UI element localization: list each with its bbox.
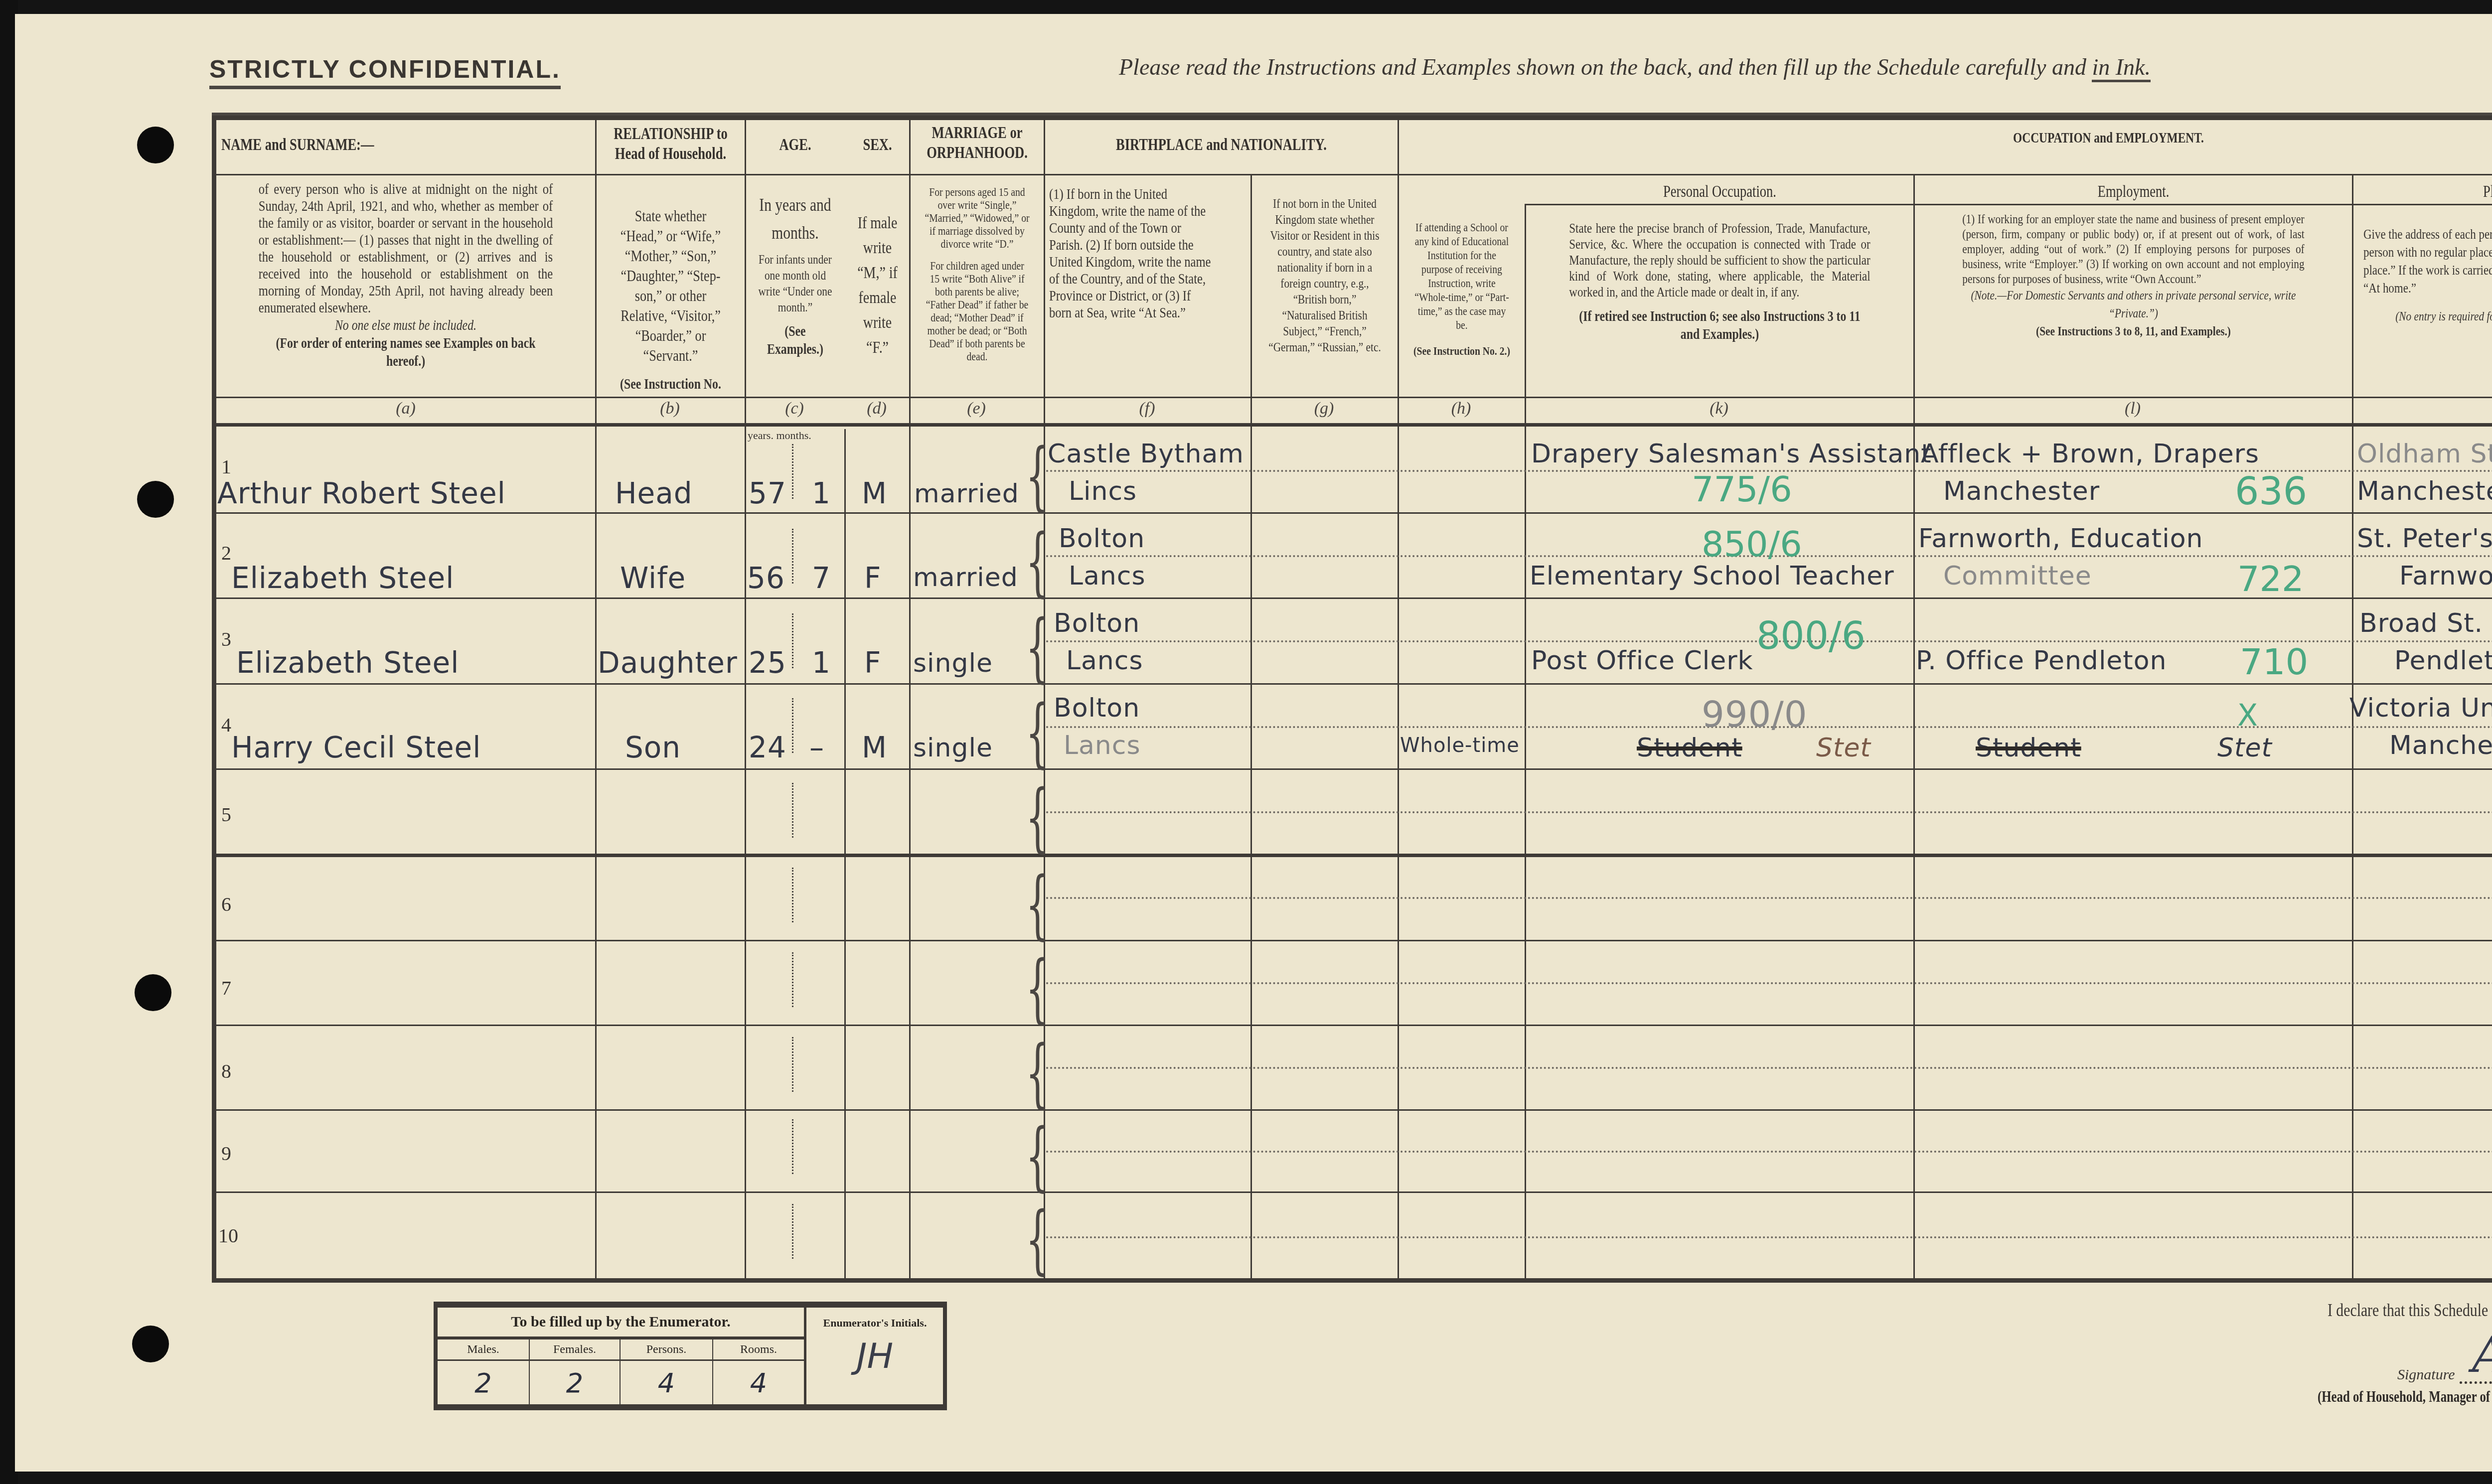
name-order-note: (For order of entering names see Example… xyxy=(259,334,553,370)
females-value[interactable]: 2 xyxy=(530,1361,620,1406)
enumerator-box-title: To be filled up by the Enumerator. xyxy=(438,1308,804,1339)
brace: { xyxy=(1026,1202,1050,1277)
age-months[interactable]: 1 xyxy=(812,476,831,510)
enumerator-initials-field: Enumerator's Initials. JH xyxy=(804,1308,943,1404)
employment-note: (Note.—For Domestic Servants and others … xyxy=(1962,287,2304,322)
birthplace-town[interactable]: Bolton xyxy=(1054,693,1140,723)
header-marriage: MARRIAGE or ORPHANHOOD. xyxy=(911,120,1044,174)
males-value[interactable]: 2 xyxy=(438,1361,529,1406)
employment-instructions: (1) If working for an employer state the… xyxy=(1962,212,2304,287)
person-name[interactable]: Arthur Robert Steel xyxy=(217,476,506,510)
occupation-subheader-rule xyxy=(1913,204,2492,205)
birthplace-town[interactable]: Bolton xyxy=(1054,608,1140,638)
brace: { xyxy=(1026,439,1050,514)
marriage-title: MARRIAGE or ORPHANHOOD. xyxy=(925,123,1029,163)
half-row-rule xyxy=(1046,982,2492,984)
half-row-rule xyxy=(1046,1067,2492,1069)
punch-hole xyxy=(135,974,171,1011)
age-separator xyxy=(792,1037,793,1092)
persons-value[interactable]: 4 xyxy=(621,1361,712,1406)
females-label: Females. xyxy=(530,1339,620,1361)
header-occupation-group: OCCUPATION and EMPLOYMENT. xyxy=(1526,120,2492,174)
row-rule xyxy=(216,768,2492,770)
birthplace-town[interactable]: Castle Bytham xyxy=(1048,439,1244,469)
header-personal-occupation: Personal Occupation. xyxy=(1526,176,1913,204)
age-separator xyxy=(792,1204,793,1259)
instructions-main: Please read the Instructions and Example… xyxy=(1119,54,2092,80)
confidential-title: STRICTLY CONFIDENTIAL. xyxy=(209,55,561,89)
row-rule xyxy=(216,1025,2492,1026)
row-number: 10 xyxy=(218,1224,238,1247)
age-separator xyxy=(792,613,793,668)
occupation-instructions: State here the precise branch of Profess… xyxy=(1569,221,1870,300)
education-instructions: If attending a School or any kind of Edu… xyxy=(1412,221,1512,332)
education-note: (See Instruction No. 2.) xyxy=(1412,342,1512,360)
punch-hole xyxy=(132,1326,169,1362)
header-age: AGE. xyxy=(746,120,844,174)
header-place-body: Give the address of each person's place … xyxy=(2353,206,2492,395)
workplace-town[interactable]: Manchester xyxy=(2389,731,2492,760)
age-years[interactable]: 57 xyxy=(749,476,786,510)
name-note: No one else must be included. xyxy=(259,316,553,334)
occupation-value[interactable]: Drapery Salesman's Assistant xyxy=(1531,439,1932,469)
person-name[interactable]: Harry Cecil Steel xyxy=(231,731,481,764)
employment-code: 636 xyxy=(2235,469,2307,513)
place-instructions: Give the address of each person's place … xyxy=(2363,226,2492,297)
relationship-note: (See Instruction No. 1.) xyxy=(614,375,727,395)
col-letter-m: (m) xyxy=(2352,399,2492,418)
age-title: AGE. xyxy=(757,135,834,155)
employer-name[interactable]: P. Office Pendleton xyxy=(1916,646,2167,676)
col-letter-b: (b) xyxy=(595,399,745,418)
brace: { xyxy=(1026,1036,1050,1111)
rooms-label: Rooms. xyxy=(713,1339,804,1361)
brace: { xyxy=(1026,780,1050,855)
workplace-address[interactable]: Victoria University xyxy=(2349,693,2492,723)
employment-code: 710 xyxy=(2240,641,2308,683)
person-name[interactable]: Elizabeth Steel xyxy=(231,561,454,595)
birthplace-county[interactable]: Lancs xyxy=(1066,646,1143,676)
punch-hole xyxy=(137,481,174,518)
row-number: 3 xyxy=(221,627,231,651)
orphanhood-instructions: For children aged under 15 write “Both A… xyxy=(924,260,1030,363)
row-number: 2 xyxy=(221,541,231,565)
females-field: Females.2 xyxy=(530,1339,621,1409)
header-name-title: NAME and SURNAME:— xyxy=(221,135,509,155)
header-nationality-body: If not born in the United Kingdom state … xyxy=(1252,176,1398,395)
header-sex: SEX. xyxy=(846,120,909,174)
header-age-body: In years and months. For infants under o… xyxy=(746,176,844,395)
birthplace-county[interactable]: Lancs xyxy=(1069,561,1145,591)
workplace-address[interactable]: St. Peter's School xyxy=(2357,524,2492,554)
rooms-value[interactable]: 4 xyxy=(713,1361,804,1406)
workplace-town[interactable]: Manchester xyxy=(2357,476,2492,506)
occupation-code: 800/6 xyxy=(1756,613,1866,658)
instructions-emphasis: in Ink. xyxy=(2092,54,2151,82)
employment-code: X xyxy=(2237,698,2258,733)
initials-label: Enumerator's Initials. xyxy=(806,1317,943,1330)
brace: { xyxy=(1026,525,1050,599)
col-letter-a: (a) xyxy=(216,399,595,418)
place-of-work-title: Place of Work. xyxy=(2390,182,2492,202)
marriage-value[interactable]: single xyxy=(913,648,993,678)
males-field: Males.2 xyxy=(438,1339,530,1409)
header-education-body: If attending a School or any kind of Edu… xyxy=(1399,176,1525,395)
sex-title: SEX. xyxy=(853,135,902,155)
row-rule xyxy=(216,683,2492,685)
row-number: 5 xyxy=(221,803,231,826)
persons-label: Persons. xyxy=(621,1339,712,1361)
row-number: 8 xyxy=(221,1059,231,1083)
age-months[interactable]: 1 xyxy=(812,646,831,680)
initials-value[interactable]: JH xyxy=(806,1336,943,1376)
occupation-code: 990/0 xyxy=(1702,693,1808,735)
enumerator-summary-box: To be filled up by the Enumerator. Males… xyxy=(434,1302,947,1410)
age-separator xyxy=(792,1119,793,1174)
birthplace-instructions: (1) If born in the United Kingdom, write… xyxy=(1049,186,1211,321)
person-name[interactable]: Elizabeth Steel xyxy=(236,646,459,680)
age-years[interactable]: 25 xyxy=(749,646,786,680)
row-rule xyxy=(216,512,2492,514)
row-rule xyxy=(216,597,2492,599)
letter-rule xyxy=(216,397,2492,398)
half-row-rule xyxy=(1046,811,2492,813)
sex-value[interactable]: M xyxy=(862,731,887,764)
name-instructions: of every person who is alive at midnight… xyxy=(259,181,553,316)
relationship-value[interactable]: Head xyxy=(615,476,693,510)
workplace-town[interactable]: Farnworth xyxy=(2399,561,2492,591)
col-letter-g: (g) xyxy=(1250,399,1398,418)
brace: { xyxy=(1026,610,1050,685)
header-birthplace-group: BIRTHPLACE and NATIONALITY. xyxy=(1045,120,1398,174)
age-instructions: In years and months. xyxy=(758,191,833,247)
sex-value[interactable]: F xyxy=(864,561,881,595)
row-number: 1 xyxy=(221,455,231,478)
occupation-value[interactable]: Elementary School Teacher xyxy=(1530,561,1894,591)
workplace-address[interactable]: Oldham St xyxy=(2357,439,2492,469)
header-employment: Employment. xyxy=(1915,176,2352,204)
age-separator xyxy=(792,952,793,1007)
age-infant-note: For infants under one month old write “U… xyxy=(758,252,833,315)
declaration-text: I declare that this Schedule is correctl… xyxy=(2328,1301,2492,1321)
signature-label: Signature xyxy=(2397,1366,2455,1383)
age-separator xyxy=(792,698,793,753)
males-label: Males. xyxy=(438,1339,529,1361)
row-rule xyxy=(216,1109,2492,1111)
brace: { xyxy=(1026,951,1050,1026)
employer-name[interactable]: Affleck + Brown, Drapers xyxy=(1921,439,2259,469)
occupation-group-title: OCCUPATION and EMPLOYMENT. xyxy=(1654,128,2492,148)
employment-struck-value: Student xyxy=(1976,733,2081,763)
row-rule xyxy=(216,1191,2492,1193)
col-letter-l: (l) xyxy=(1913,399,2352,418)
header-name-body: of every person who is alive at midnight… xyxy=(216,176,595,395)
birthplace-county[interactable]: Lincs xyxy=(1069,476,1137,506)
header-name: NAME and SURNAME:— xyxy=(216,120,595,174)
age-separator xyxy=(792,444,793,499)
school-attendance-value[interactable]: Whole-time xyxy=(1400,734,1520,757)
col-letter-d: (d) xyxy=(844,399,909,418)
sex-value[interactable]: M xyxy=(862,476,887,510)
row-rule xyxy=(216,940,2492,941)
workplace-address[interactable]: Broad St. xyxy=(2359,608,2483,638)
header-bottom-rule xyxy=(216,423,2492,427)
col-letter-e: (e) xyxy=(909,399,1044,418)
birthplace-town[interactable]: Bolton xyxy=(1059,524,1145,554)
employment-title: Employment. xyxy=(1963,182,2304,202)
marriage-value[interactable]: single xyxy=(913,733,993,763)
age-separator xyxy=(792,529,793,584)
header-marriage-body: For persons aged 15 and over write “Sing… xyxy=(911,176,1044,395)
header-employment-body: (1) If working for an employer state the… xyxy=(1915,206,2352,395)
employer-location[interactable]: Committee xyxy=(1943,561,2092,591)
header-occupation-body: State here the precise branch of Profess… xyxy=(1526,206,1913,395)
half-row-rule xyxy=(1046,897,2492,899)
relationship-value[interactable]: Son xyxy=(625,731,681,764)
employer-location[interactable]: Manchester xyxy=(1943,476,2100,506)
col-letter-h: (h) xyxy=(1398,399,1525,418)
employer-name[interactable]: Farnworth, Education xyxy=(1918,524,2203,554)
row-number: 4 xyxy=(221,713,231,737)
nationality-instructions: If not born in the United Kingdom state … xyxy=(1267,196,1383,355)
marriage-value[interactable]: married xyxy=(914,479,1019,509)
header-rule xyxy=(216,174,2492,175)
half-row-rule xyxy=(1046,1236,2492,1238)
household-schedule-table: NAME and SURNAME:— of every person who i… xyxy=(212,116,2492,1283)
col-letter-f: (f) xyxy=(1044,399,1250,418)
brace: { xyxy=(1026,868,1050,942)
punch-hole xyxy=(137,127,174,163)
col-letter-c: (c) xyxy=(745,399,844,418)
age-separator xyxy=(792,783,793,838)
row-number: 6 xyxy=(221,892,231,916)
birthplace-county[interactable]: Lancs xyxy=(1064,731,1140,760)
occupation-code: 850/6 xyxy=(1702,524,1802,565)
brace: { xyxy=(1026,696,1050,770)
employment-value[interactable]: Stet xyxy=(2217,733,2272,763)
age-months[interactable]: – xyxy=(809,731,824,764)
occupation-code: 775/6 xyxy=(1692,469,1792,510)
age-subheader: years. months. xyxy=(748,429,811,442)
age-examples-note: (See Examples.) xyxy=(758,322,833,358)
occupation-value[interactable]: Stet xyxy=(1816,733,1871,763)
relationship-value[interactable]: Wife xyxy=(620,561,686,595)
half-row-rule xyxy=(1046,1151,2492,1153)
age-months[interactable]: 7 xyxy=(812,561,831,595)
row-rule xyxy=(216,854,2492,857)
birthplace-group-title: BIRTHPLACE and NATIONALITY. xyxy=(1084,135,1359,155)
marriage-instructions: For persons aged 15 and over write “Sing… xyxy=(924,186,1030,251)
signature-value[interactable]: Arthur R. Steel xyxy=(2472,1326,2492,1384)
marriage-value[interactable]: married xyxy=(913,563,1018,593)
header-relationship-body: State whether “Head,” or “Wife,” “Mother… xyxy=(597,176,745,395)
place-note: (No entry is required for any person who… xyxy=(2392,307,2492,343)
occupation-value[interactable]: Post Office Clerk xyxy=(1531,646,1753,676)
col-letter-k: (k) xyxy=(1525,399,1913,418)
relationship-title: RELATIONSHIP to Head of Household. xyxy=(613,124,729,164)
employment-note2: (See Instructions 3 to 8, 11, and Exampl… xyxy=(1962,322,2304,340)
brace: { xyxy=(1026,1119,1050,1194)
occupation-note: (If retired see Instruction 6; see also … xyxy=(1569,307,1870,343)
occupation-struck-value: Student xyxy=(1637,733,1742,763)
row-number: 7 xyxy=(221,976,231,1000)
age-years[interactable]: 56 xyxy=(747,561,785,595)
personal-occupation-title: Personal Occupation. xyxy=(1568,182,1870,202)
instructions-text: Please read the Instructions and Example… xyxy=(1119,54,2151,80)
persons-field: Persons.4 xyxy=(621,1339,713,1409)
age-years[interactable]: 24 xyxy=(749,731,786,764)
header-sex-body: If male write “M,” if female write “F.” xyxy=(846,176,909,395)
employment-code: 722 xyxy=(2237,559,2304,599)
signature-note: (Head of Household, Manager of Establish… xyxy=(2318,1388,2492,1406)
workplace-town[interactable]: Pendleton xyxy=(2394,646,2492,676)
relationship-value[interactable]: Daughter xyxy=(598,646,738,680)
header-relationship: RELATIONSHIP to Head of Household. xyxy=(597,120,745,174)
header-birthplace-body: (1) If born in the United Kingdom, write… xyxy=(1045,176,1250,395)
sex-instructions: If male write “M,” if female write “F.” xyxy=(853,211,902,360)
rooms-field: Rooms.4 xyxy=(713,1339,804,1409)
sex-value[interactable]: F xyxy=(864,646,881,680)
row-number: 9 xyxy=(221,1142,231,1165)
age-separator xyxy=(792,868,793,922)
header-place-of-work: Place of Work. xyxy=(2353,176,2492,204)
relationship-instructions: State whether “Head,” or “Wife,” “Mother… xyxy=(614,206,727,365)
